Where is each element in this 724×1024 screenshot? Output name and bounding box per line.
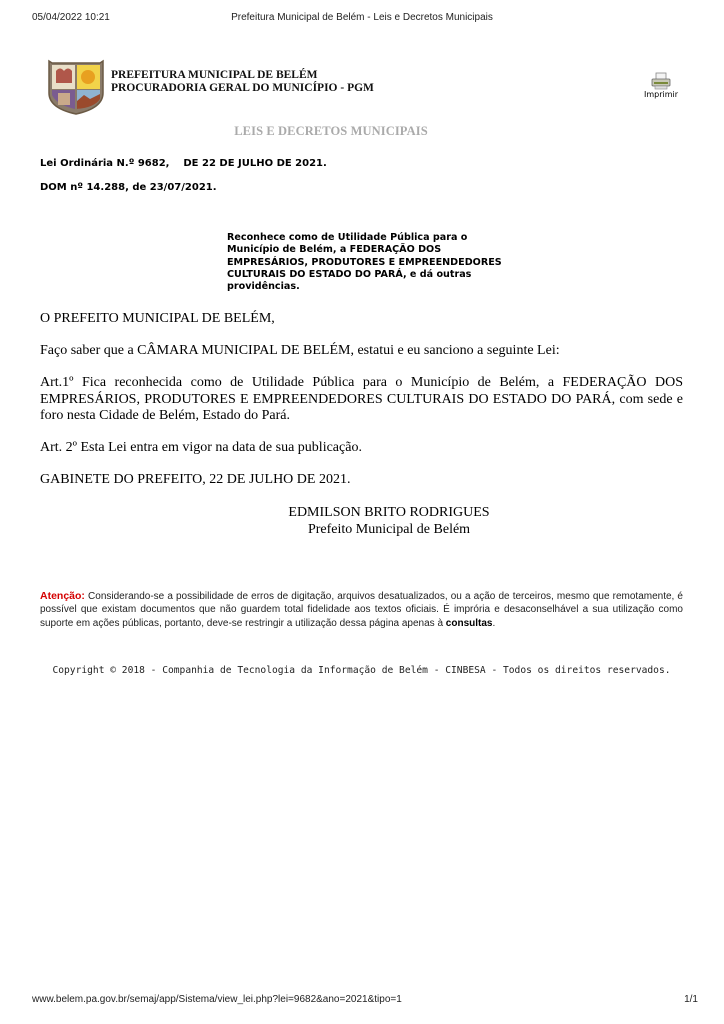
- print-footer: www.belem.pa.gov.br/semaj/app/Sistema/vi…: [0, 994, 724, 1008]
- print-url: www.belem.pa.gov.br/semaj/app/Sistema/vi…: [32, 994, 402, 1005]
- organization-name: PREFEITURA MUNICIPAL DE BELÉM PROCURADOR…: [111, 69, 374, 95]
- org-line-prefeitura: PREFEITURA MUNICIPAL DE BELÉM: [111, 69, 374, 82]
- signature-name: EDMILSON BRITO RODRIGUES: [200, 504, 578, 521]
- notice-text: Considerando-se a possibilidade de erros…: [40, 591, 683, 629]
- belem-coat-of-arms-icon: [46, 59, 106, 115]
- law-article-2: Art. 2º Esta Lei entra em vigor na data …: [40, 440, 683, 457]
- notice-label: Atenção:: [40, 590, 85, 602]
- print-header: 05/04/2022 10:21 Prefeitura Municipal de…: [0, 12, 724, 26]
- disclaimer-notice: Atenção: Considerando-se a possibilidade…: [40, 590, 683, 630]
- print-page-number: 1/1: [684, 994, 698, 1005]
- signature-role: Prefeito Municipal de Belém: [200, 521, 578, 538]
- copyright-notice: Copyright © 2018 - Companhia de Tecnolog…: [40, 665, 683, 677]
- law-paragraph: O PREFEITO MUNICIPAL DE BELÉM,: [40, 311, 683, 328]
- law-ementa: Reconhece como de Utilidade Pública para…: [227, 232, 502, 293]
- printer-icon: [640, 72, 682, 90]
- print-page-title: Prefeitura Municipal de Belém - Leis e D…: [0, 12, 724, 23]
- print-button[interactable]: Imprimir: [640, 72, 682, 104]
- law-number: Lei Ordinária N.º 9682, DE 22 DE JULHO D…: [40, 158, 327, 169]
- notice-end: .: [492, 618, 495, 629]
- law-paragraph: Faço saber que a CÂMARA MUNICIPAL DE BEL…: [40, 343, 683, 360]
- law-dom-reference: DOM nº 14.288, de 23/07/2021.: [40, 182, 217, 193]
- print-label: Imprimir: [640, 90, 682, 99]
- signature-block: EDMILSON BRITO RODRIGUES Prefeito Munici…: [200, 504, 578, 538]
- notice-emphasis: consultas: [446, 618, 493, 629]
- law-closing: GABINETE DO PREFEITO, 22 DE JULHO DE 202…: [40, 472, 683, 489]
- law-article-1: Art.1º Fica reconhecida como de Utilidad…: [40, 375, 683, 425]
- section-title: LEIS E DECRETOS MUNICIPAIS: [0, 124, 662, 139]
- org-line-pgm: PROCURADORIA GERAL DO MUNICÍPIO - PGM: [111, 82, 374, 95]
